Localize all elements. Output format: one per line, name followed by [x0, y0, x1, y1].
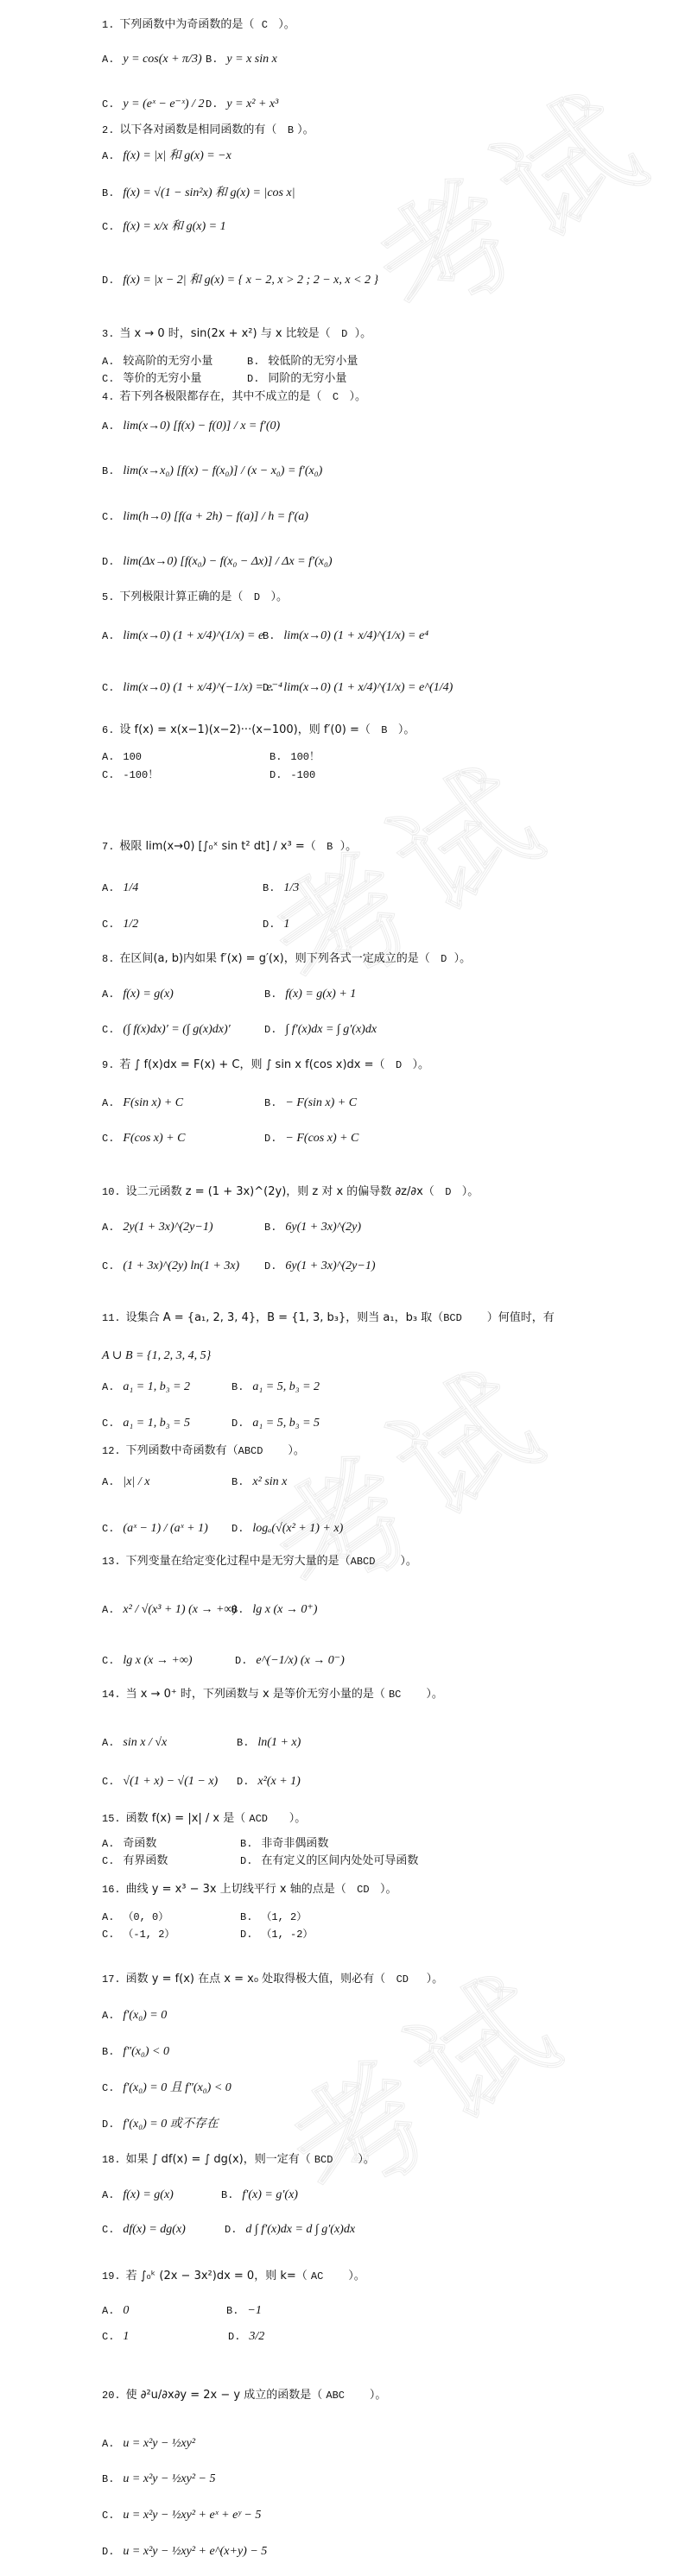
answer-key: CD — [396, 1973, 409, 1986]
option-text: a₁ = 5, b₃ = 2 — [252, 1380, 320, 1393]
question-stem: 18.如果 ∫ df(x) = ∫ dg(x)，则一定有（ BCD ）。 — [102, 2152, 375, 2168]
option-b: B.f(x) = g(x) + 1 — [264, 987, 356, 1002]
option-label: B. — [102, 2473, 114, 2485]
option-d: D.1 — [263, 917, 289, 932]
option-a: A.较高阶的无穷小量 — [102, 354, 212, 369]
option-a: A.u = x²y − ½xy² — [102, 2436, 195, 2452]
option-label: B. — [102, 465, 114, 477]
option-label: A. — [102, 356, 114, 368]
option-text: y = x² + x³ — [226, 98, 278, 110]
stem-end: ）。 — [355, 327, 372, 340]
stem-text: 以下各对函数是相同函数的有（ — [119, 123, 276, 136]
option-label: A. — [102, 1911, 114, 1923]
stem-text: 若 ∫₀ᵏ (2x − 3x²)dx = 0，则 k=（ — [126, 2270, 308, 2282]
option-label: A. — [102, 2189, 114, 2201]
stem-text: 下列变量在给定变化过程中是无穷大量的是（ — [126, 1555, 351, 1568]
option-c: C.有界函数 — [102, 1853, 168, 1869]
question-5: 5.下列极限计算正确的是（ D ）。 — [102, 590, 288, 605]
option-text: lim(x→0) (1 + x/4)^(1/x) = e⁴ — [283, 629, 428, 642]
option-label: D. — [232, 1417, 244, 1430]
option-d: D.x²(x + 1) — [237, 1774, 301, 1790]
option-text: e^(−1/x) (x → 0⁻) — [256, 1654, 344, 1667]
option-label: C. — [102, 2331, 114, 2343]
option-label: B. — [102, 2046, 114, 2058]
question-2: 2.以下各对函数是相同函数的有（ B ）。 — [102, 123, 314, 138]
option-label: C. — [102, 1133, 114, 1145]
option-label: A. — [102, 751, 114, 763]
question-number: 11. — [102, 1312, 121, 1324]
question-13: 13.下列变量在给定变化过程中是无穷大量的是（ABCD ）。 — [102, 1554, 417, 1569]
option-text: f(x) = g(x) + 1 — [285, 988, 356, 1001]
option-label: C. — [102, 2224, 114, 2236]
option-c: C.1 — [102, 2329, 129, 2345]
question-number: 19. — [102, 2270, 121, 2282]
option-d: D.（1, -2） — [240, 1927, 313, 1942]
option-text: − F(sin x) + C — [285, 1096, 357, 1109]
option-text: 非奇非偶函数 — [261, 1837, 328, 1850]
question-number: 1. — [102, 19, 114, 31]
stem-end: ）。 — [370, 2389, 387, 2402]
question-12: 12.下列函数中奇函数有（ABCD ）。 — [102, 1443, 305, 1459]
option-text: f(x) = g(x) — [123, 988, 173, 1001]
option-text: (aˣ − 1) / (aˣ + 1) — [123, 1522, 207, 1535]
option-text: y = cos(x + π/3) — [123, 53, 201, 66]
option-text: u = x²y − ½xy² + eˣ + eʸ − 5 — [123, 2509, 261, 2522]
question-number: 13. — [102, 1556, 121, 1568]
option-label: C. — [102, 769, 114, 781]
question-1: 1.下列函数中为奇函数的是（ C ）。 — [102, 17, 295, 33]
option-a: A.100 — [102, 749, 142, 765]
option-c: C.-100！ — [102, 767, 158, 783]
option-text: (1 + 3x)^(2y) ln(1 + 3x) — [123, 1260, 239, 1272]
question-stem: 4.若下列各极限都存在，其中不成立的是（ C ）。 — [102, 389, 366, 405]
option-text: u = x²y − ½xy² + e^(x+y) − 5 — [123, 2545, 267, 2558]
option-label: D. — [263, 919, 275, 931]
option-a: A.F(sin x) + C — [102, 1095, 183, 1111]
question-11: 11.设集合 A = {a₁, 2, 3, 4}，B = {1, 3, b₃}，… — [102, 1310, 555, 1364]
option-text: |x| / x — [123, 1475, 149, 1488]
option-a: A.lim(x→0) (1 + x/4)^(1/x) = e — [102, 628, 263, 644]
stem-text: 使 ∂²u/∂x∂y = 2x − y 成立的函数是（ — [126, 2389, 323, 2402]
question-number: 15. — [102, 1813, 121, 1825]
option-label: D. — [237, 1776, 249, 1788]
question-stem: 9.若 ∫ f(x)dx = F(x) + C，则 ∫ sin x f(cos … — [102, 1058, 429, 1073]
option-label: C. — [102, 98, 114, 110]
stem-end: ）。 — [289, 1812, 307, 1825]
option-text: 较低阶的无穷小量 — [268, 355, 358, 368]
option-a: A.f′(x₀) = 0 — [102, 2008, 167, 2024]
question-6: 6.设 f(x) = x(x−1)(x−2)···(x−100)，则 f′(0)… — [102, 723, 415, 738]
answer-key: C — [333, 391, 339, 403]
option-text: 1/2 — [123, 918, 138, 931]
option-b: B.a₁ = 5, b₃ = 2 — [232, 1380, 320, 1395]
answer-key: ACD — [249, 1813, 268, 1825]
option-c: C.(∫ f(x)dx)′ = (∫ g(x)dx)′ — [102, 1022, 231, 1038]
option-b: B.y = x sin x — [206, 52, 277, 67]
stem-text: 下列函数中奇函数有（ — [126, 1444, 238, 1457]
option-label: B. — [263, 882, 275, 894]
question-15: 15.函数 f(x) = |x| / x 是（ ACD ）。 — [102, 1811, 306, 1827]
option-label: C. — [102, 1523, 114, 1535]
question-stem: 8.在区间(a, b)内如果 f′(x) = g′(x)，则下列各式一定成立的是… — [102, 951, 471, 967]
option-a: A.|x| / x — [102, 1474, 149, 1490]
option-label: A. — [102, 2438, 114, 2450]
option-b: B.非奇非偶函数 — [240, 1836, 328, 1852]
option-text: （1, -2） — [261, 1929, 313, 1941]
option-b: B.1/3 — [263, 881, 299, 896]
option-a: A.y = cos(x + π/3) — [102, 52, 202, 67]
stem-text: 若 ∫ f(x)dx = F(x) + C，则 ∫ sin x f(cos x)… — [119, 1058, 384, 1071]
question-number: 10. — [102, 1186, 121, 1198]
answer-key: D — [396, 1059, 402, 1071]
option-b: B.x² sin x — [232, 1474, 287, 1490]
option-label: D. — [206, 98, 218, 110]
option-text: f(x) = |x| 和 g(x) = −x — [123, 149, 231, 162]
option-d: D.− F(cos x) + C — [264, 1131, 358, 1146]
option-a: A.f(x) = g(x) — [102, 987, 174, 1002]
option-text: f′(x₀) = 0 或不存在 — [123, 2118, 218, 2131]
option-text: lim(x→x₀) [f(x) − f(x₀)] / (x − x₀) = f′… — [123, 464, 322, 477]
stem-end: ）。 — [398, 723, 415, 736]
question-number: 20. — [102, 2390, 121, 2402]
option-c: C.（-1, 2） — [102, 1927, 174, 1942]
option-text: −1 — [247, 2304, 261, 2317]
option-d: D.同阶的无穷小量 — [247, 371, 346, 387]
question-10: 10.设二元函数 z = (1 + 3x)^(2y)，则 z 对 x 的偏导数 … — [102, 1184, 479, 1200]
question-stem: 10.设二元函数 z = (1 + 3x)^(2y)，则 z 对 x 的偏导数 … — [102, 1184, 479, 1200]
option-a: A.2y(1 + 3x)^(2y−1) — [102, 1220, 213, 1235]
question-number: 17. — [102, 1973, 121, 1986]
option-text: 1/3 — [283, 881, 299, 894]
option-d: D.d ∫ f′(x)dx = d ∫ g′(x)dx — [225, 2222, 355, 2238]
option-text: 100！ — [290, 751, 320, 763]
answer-key: BCD — [443, 1312, 462, 1324]
option-label: A. — [102, 1737, 114, 1749]
option-label: C. — [102, 682, 114, 694]
option-label: D. — [102, 2118, 114, 2131]
option-text: f(x) = |x − 2| 和 g(x) = { x − 2, x > 2 ;… — [123, 274, 378, 287]
option-a: A.f(x) = g(x) — [102, 2188, 174, 2203]
option-label: A. — [102, 1838, 114, 1850]
stem-end: ）。 — [380, 1883, 397, 1896]
option-text: ∫ f′(x)dx = ∫ g′(x)dx — [285, 1023, 377, 1036]
option-label: D. — [102, 275, 114, 287]
option-a: A.0 — [102, 2303, 129, 2319]
question-stem: 11.设集合 A = {a₁, 2, 3, 4}，B = {1, 3, b₃}，… — [102, 1310, 555, 1326]
stem-text: 在区间(a, b)内如果 f′(x) = g′(x)，则下列各式一定成立的是（ — [119, 952, 429, 965]
answer-key: ABCD — [238, 1445, 263, 1457]
option-a: A.lim(x→0) [f(x) − f(0)] / x = f′(0) — [102, 419, 280, 434]
option-text: 3/2 — [249, 2330, 264, 2343]
option-text: f′(x₀) = 0 — [123, 2009, 167, 2022]
option-label: D. — [264, 1260, 276, 1272]
question-stem: 19.若 ∫₀ᵏ (2x − 3x²)dx = 0，则 k=（ AC ）。 — [102, 2269, 365, 2284]
question-stem: 14.当 x → 0⁺ 时，下列函数与 x 是等价无穷小量的是（ BC ）。 — [102, 1687, 443, 1702]
option-label: C. — [102, 919, 114, 931]
option-b: B.− F(sin x) + C — [264, 1095, 357, 1111]
option-label: A. — [102, 1097, 114, 1109]
option-text: d ∫ f′(x)dx = d ∫ g′(x)dx — [245, 2223, 355, 2236]
option-d: D.u = x²y − ½xy² + e^(x+y) − 5 — [102, 2544, 267, 2560]
option-text: 2y(1 + 3x)^(2y−1) — [123, 1221, 212, 1234]
option-text: F(cos x) + C — [123, 1132, 185, 1145]
option-text: u = x²y − ½xy² — [123, 2437, 195, 2450]
question-stem: 7.极限 lim(x→0) [∫₀ˣ sin t² dt] / x³ =（ B … — [102, 839, 357, 855]
option-a: A.（0, 0） — [102, 1910, 168, 1925]
stem-text: 设 f(x) = x(x−1)(x−2)···(x−100)，则 f′(0) =… — [119, 723, 370, 736]
option-c: C.y = (eˣ − e⁻ˣ) / 2 — [102, 97, 204, 112]
option-text: lim(x→0) (1 + x/4)^(1/x) = e — [123, 629, 263, 642]
option-b: B.100！ — [270, 749, 320, 765]
stem-end: ）。 — [270, 590, 288, 603]
answer-key: CD — [357, 1884, 369, 1896]
option-c: C.F(cos x) + C — [102, 1131, 185, 1146]
option-label: D. — [264, 1024, 276, 1036]
option-text: x² sin x — [252, 1475, 287, 1488]
option-text: lim(x→0) (1 + x/4)^(−1/x) = e⁻⁴ — [123, 681, 282, 694]
option-text: x²(x + 1) — [257, 1775, 300, 1788]
stem-text: 曲线 y = x³ − 3x 上切线平行 x 轴的点是（ — [126, 1883, 346, 1896]
question-number: 4. — [102, 391, 114, 403]
option-b: B.u = x²y − ½xy² − 5 — [102, 2472, 216, 2487]
answer-key: D — [254, 591, 260, 603]
question-7: 7.极限 lim(x→0) [∫₀ˣ sin t² dt] / x³ =（ B … — [102, 839, 357, 855]
question-number: 8. — [102, 953, 114, 965]
option-label: B. — [221, 2189, 233, 2201]
stem-end: ）。 — [288, 1444, 305, 1457]
option-b: B.f″(x₀) < 0 — [102, 2044, 169, 2060]
question-number: 6. — [102, 724, 114, 736]
answer-key: B — [381, 724, 387, 736]
question-number: 12. — [102, 1445, 121, 1457]
option-text: y = (eˣ − e⁻ˣ) / 2 — [123, 98, 204, 110]
stem-end: ）。 — [340, 840, 358, 853]
answer-key: BCD — [314, 2154, 333, 2166]
watermark: 考试 — [336, 36, 683, 357]
option-a: A.f(x) = |x| 和 g(x) = −x — [102, 148, 232, 164]
answer-key: D — [445, 1186, 451, 1198]
option-b: B.较低阶的无穷小量 — [247, 354, 358, 369]
stem-text: 函数 y = f(x) 在点 x = x₀ 处取得极大值，则必有（ — [126, 1973, 386, 1986]
option-b: B.lg x (x → 0⁺) — [232, 1602, 317, 1618]
question-number: 2. — [102, 124, 114, 136]
option-d: D.在有定义的区间内处处可导函数 — [240, 1853, 418, 1869]
option-text: f(x) = √(1 − sin²x) 和 g(x) = |cos x| — [123, 186, 295, 199]
option-a: A.1/4 — [102, 881, 138, 896]
question-number: 14. — [102, 1689, 121, 1701]
question-number: 18. — [102, 2154, 121, 2166]
option-text: lg x (x → +∞) — [123, 1654, 192, 1667]
option-label: C. — [102, 2082, 114, 2094]
option-label: A. — [102, 1476, 114, 1488]
option-d: D.e^(−1/x) (x → 0⁻) — [235, 1653, 345, 1669]
question-8: 8.在区间(a, b)内如果 f′(x) = g′(x)，则下列各式一定成立的是… — [102, 951, 471, 967]
stem-text: 当 x → 0 时，sin(2x + x²) 与 x 比较是（ — [119, 327, 330, 340]
option-text: -100 — [290, 769, 315, 781]
answer-key: BC — [389, 1689, 401, 1701]
option-label: B. — [270, 751, 282, 763]
option-b: B.lim(x→x₀) [f(x) − f(x₀)] / (x − x₀) = … — [102, 464, 322, 479]
answer-key: AC — [311, 2270, 323, 2282]
option-text: 1 — [123, 2330, 129, 2343]
option-c: C.f(x) = x/x 和 g(x) = 1 — [102, 219, 226, 235]
option-text: y = x sin x — [226, 53, 276, 66]
stem-end: ）。 — [348, 2270, 365, 2282]
stem-end: ）。 — [462, 1185, 479, 1198]
option-text: df(x) = dg(x) — [123, 2223, 185, 2236]
option-label: B. — [102, 187, 114, 199]
option-b: B.ln(1 + x) — [237, 1735, 301, 1751]
option-label: A. — [102, 1604, 114, 1616]
option-label: C. — [102, 373, 114, 385]
question-number: 9. — [102, 1059, 114, 1071]
option-c: C.f′(x₀) = 0 且 f″(x₀) < 0 — [102, 2080, 232, 2096]
option-c: C.df(x) = dg(x) — [102, 2222, 186, 2238]
answer-key: ABC — [326, 2390, 345, 2402]
option-label: C. — [102, 1855, 114, 1867]
option-label: A. — [102, 882, 114, 894]
stem-text: 如果 ∫ df(x) = ∫ dg(x)，则一定有（ — [126, 2153, 311, 2166]
option-text: 6y(1 + 3x)^(2y) — [285, 1221, 361, 1234]
option-d: D.-100 — [270, 767, 315, 783]
stem-text: 下列函数中为奇函数的是（ — [119, 18, 254, 31]
option-d: D.∫ f′(x)dx = ∫ g′(x)dx — [264, 1022, 377, 1038]
stem-end: ）。 — [400, 1555, 417, 1568]
question-4: 4.若下列各极限都存在，其中不成立的是（ C ）。 — [102, 389, 366, 405]
stem-text: 设集合 A = {a₁, 2, 3, 4}，B = {1, 3, b₃}，则当 … — [126, 1311, 444, 1324]
option-text: f″(x₀) < 0 — [123, 2045, 169, 2058]
option-b: B.f′(x) = g′(x) — [221, 2188, 298, 2203]
option-label: B. — [232, 1476, 244, 1488]
option-c: C.1/2 — [102, 917, 138, 932]
option-text: u = x²y − ½xy² − 5 — [123, 2472, 215, 2485]
option-label: C. — [102, 1024, 114, 1036]
question-3: 3.当 x → 0 时，sin(2x + x²) 与 x 比较是（ D ）。 — [102, 326, 371, 342]
option-label: B. — [264, 1222, 276, 1234]
option-text: 等价的无穷小量 — [123, 372, 201, 385]
option-label: D. — [240, 1929, 252, 1941]
question-stem: 17.函数 y = f(x) 在点 x = x₀ 处取得极大值，则必有（ CD … — [102, 1972, 443, 1987]
option-c: C.等价的无穷小量 — [102, 371, 201, 387]
option-text: √(1 + x) − √(1 − x) — [123, 1775, 218, 1788]
option-label: D. — [102, 2546, 114, 2558]
option-label: D. — [263, 682, 275, 694]
option-label: D. — [240, 1855, 252, 1867]
option-label: A. — [102, 988, 114, 1001]
question-stem: 6.设 f(x) = x(x−1)(x−2)···(x−100)，则 f′(0)… — [102, 723, 415, 738]
option-text: sin x / √x — [123, 1736, 167, 1749]
question-stem: 3.当 x → 0 时，sin(2x + x²) 与 x 比较是（ D ）。 — [102, 326, 371, 342]
option-b: B.6y(1 + 3x)^(2y) — [264, 1220, 361, 1235]
question-number: 7. — [102, 841, 114, 853]
option-label: D. — [264, 1133, 276, 1145]
option-label: C. — [102, 1260, 114, 1272]
option-text: logₐ(√(x² + 1) + x) — [252, 1522, 343, 1535]
watermark: 考试 — [250, 1918, 597, 2239]
option-text: 1 — [283, 918, 289, 931]
option-text: a₁ = 1, b₃ = 2 — [123, 1380, 190, 1393]
option-label: D. — [228, 2331, 240, 2343]
option-d: D.lim(x→0) (1 + x/4)^(1/x) = e^(1/4) — [263, 680, 453, 696]
answer-key: ABCD — [351, 1556, 376, 1568]
question-number: 16. — [102, 1884, 121, 1896]
option-d: D.3/2 — [228, 2329, 264, 2345]
option-label: C. — [102, 511, 114, 523]
stem-end: ）。 — [278, 18, 295, 31]
option-c: C.√(1 + x) − √(1 − x) — [102, 1774, 218, 1790]
option-b: B.−1 — [226, 2303, 262, 2319]
stem-end: ）。 — [297, 123, 314, 136]
option-label: B. — [263, 630, 275, 642]
answer-key: D — [441, 953, 447, 965]
stem-end: ）。 — [427, 1973, 444, 1986]
option-text: 在有定义的区间内处处可导函数 — [261, 1854, 418, 1867]
option-label: D. — [102, 556, 114, 568]
option-label: B. — [240, 1911, 252, 1923]
option-text: (∫ f(x)dx)′ = (∫ g(x)dx)′ — [123, 1023, 230, 1036]
option-label: B. — [206, 54, 218, 66]
option-text: lim(x→0) [f(x) − f(0)] / x = f′(0) — [123, 420, 280, 432]
option-text: lim(h→0) [f(a + 2h) − f(a)] / h = f′(a) — [123, 510, 308, 523]
question-stem: 20.使 ∂²u/∂x∂y = 2x − y 成立的函数是（ ABC ）。 — [102, 2388, 386, 2403]
question-20: 20.使 ∂²u/∂x∂y = 2x − y 成立的函数是（ ABC ）。 — [102, 2388, 386, 2403]
option-text: lim(x→0) (1 + x/4)^(1/x) = e^(1/4) — [283, 681, 453, 694]
stem-text: 当 x → 0⁺ 时，下列函数与 x 是等价无穷小量的是（ — [126, 1688, 385, 1701]
option-d: D.f(x) = |x − 2| 和 g(x) = { x − 2, x > 2… — [102, 273, 378, 288]
stem-text: 函数 f(x) = |x| / x 是（ — [126, 1812, 246, 1825]
option-text: （1, 2） — [261, 1911, 307, 1923]
question-16: 16.曲线 y = x³ − 3x 上切线平行 x 轴的点是（ CD ）。 — [102, 1882, 396, 1897]
option-a: A.奇函数 — [102, 1836, 156, 1852]
option-text: 奇函数 — [123, 1837, 156, 1850]
option-label: D. — [247, 373, 259, 385]
stem-text: 极限 lim(x→0) [∫₀ˣ sin t² dt] / x³ =（ — [119, 840, 315, 853]
question-stem: 16.曲线 y = x³ − 3x 上切线平行 x 轴的点是（ CD ）。 — [102, 1882, 396, 1897]
option-c: C.(1 + 3x)^(2y) ln(1 + 3x) — [102, 1259, 239, 1274]
question-stem: 12.下列函数中奇函数有（ABCD ）。 — [102, 1443, 305, 1459]
option-label: A. — [102, 1222, 114, 1234]
option-label: B. — [232, 1381, 244, 1393]
question-number: 3. — [102, 328, 114, 340]
option-c: C.lim(h→0) [f(a + 2h) − f(a)] / h = f′(a… — [102, 509, 308, 525]
option-label: D. — [225, 2224, 237, 2236]
question-14: 14.当 x → 0⁺ 时，下列函数与 x 是等价无穷小量的是（ BC ）。 — [102, 1687, 443, 1702]
option-d: D.6y(1 + 3x)^(2y−1) — [264, 1259, 376, 1274]
option-c: C.(aˣ − 1) / (aˣ + 1) — [102, 1521, 208, 1537]
question-stem: 5.下列极限计算正确的是（ D ）。 — [102, 590, 288, 605]
option-b: B.lim(x→0) (1 + x/4)^(1/x) = e⁴ — [263, 628, 428, 644]
option-d: D.logₐ(√(x² + 1) + x) — [232, 1521, 343, 1537]
stem-text: 设二元函数 z = (1 + 3x)^(2y)，则 z 对 x 的偏导数 ∂z/… — [126, 1185, 434, 1198]
option-c: C.lim(x→0) (1 + x/4)^(−1/x) = e⁻⁴ — [102, 680, 282, 696]
option-text: f(x) = g(x) — [123, 2188, 173, 2201]
question-stem: 2.以下各对函数是相同函数的有（ B ）。 — [102, 123, 314, 138]
option-label: B. — [240, 1838, 252, 1850]
option-label: C. — [102, 2510, 114, 2522]
option-c: C.u = x²y − ½xy² + eˣ + eʸ − 5 — [102, 2508, 261, 2523]
option-label: A. — [102, 1381, 114, 1393]
option-d: D.y = x² + x³ — [206, 97, 278, 112]
option-text: lim(Δx→0) [f(x₀) − f(x₀ − Δx)] / Δx = f′… — [123, 555, 332, 568]
option-a: A.sin x / √x — [102, 1735, 167, 1751]
question-18: 18.如果 ∫ df(x) = ∫ dg(x)，则一定有（ BCD ）。 — [102, 2152, 375, 2168]
option-text: ln(1 + x) — [257, 1736, 301, 1749]
stem-end: ）。 — [349, 390, 366, 403]
option-d: D.lim(Δx→0) [f(x₀) − f(x₀ − Δx)] / Δx = … — [102, 554, 333, 570]
option-label: A. — [102, 2305, 114, 2317]
option-text: 较高阶的无穷小量 — [123, 355, 212, 368]
option-label: B. — [247, 356, 259, 368]
